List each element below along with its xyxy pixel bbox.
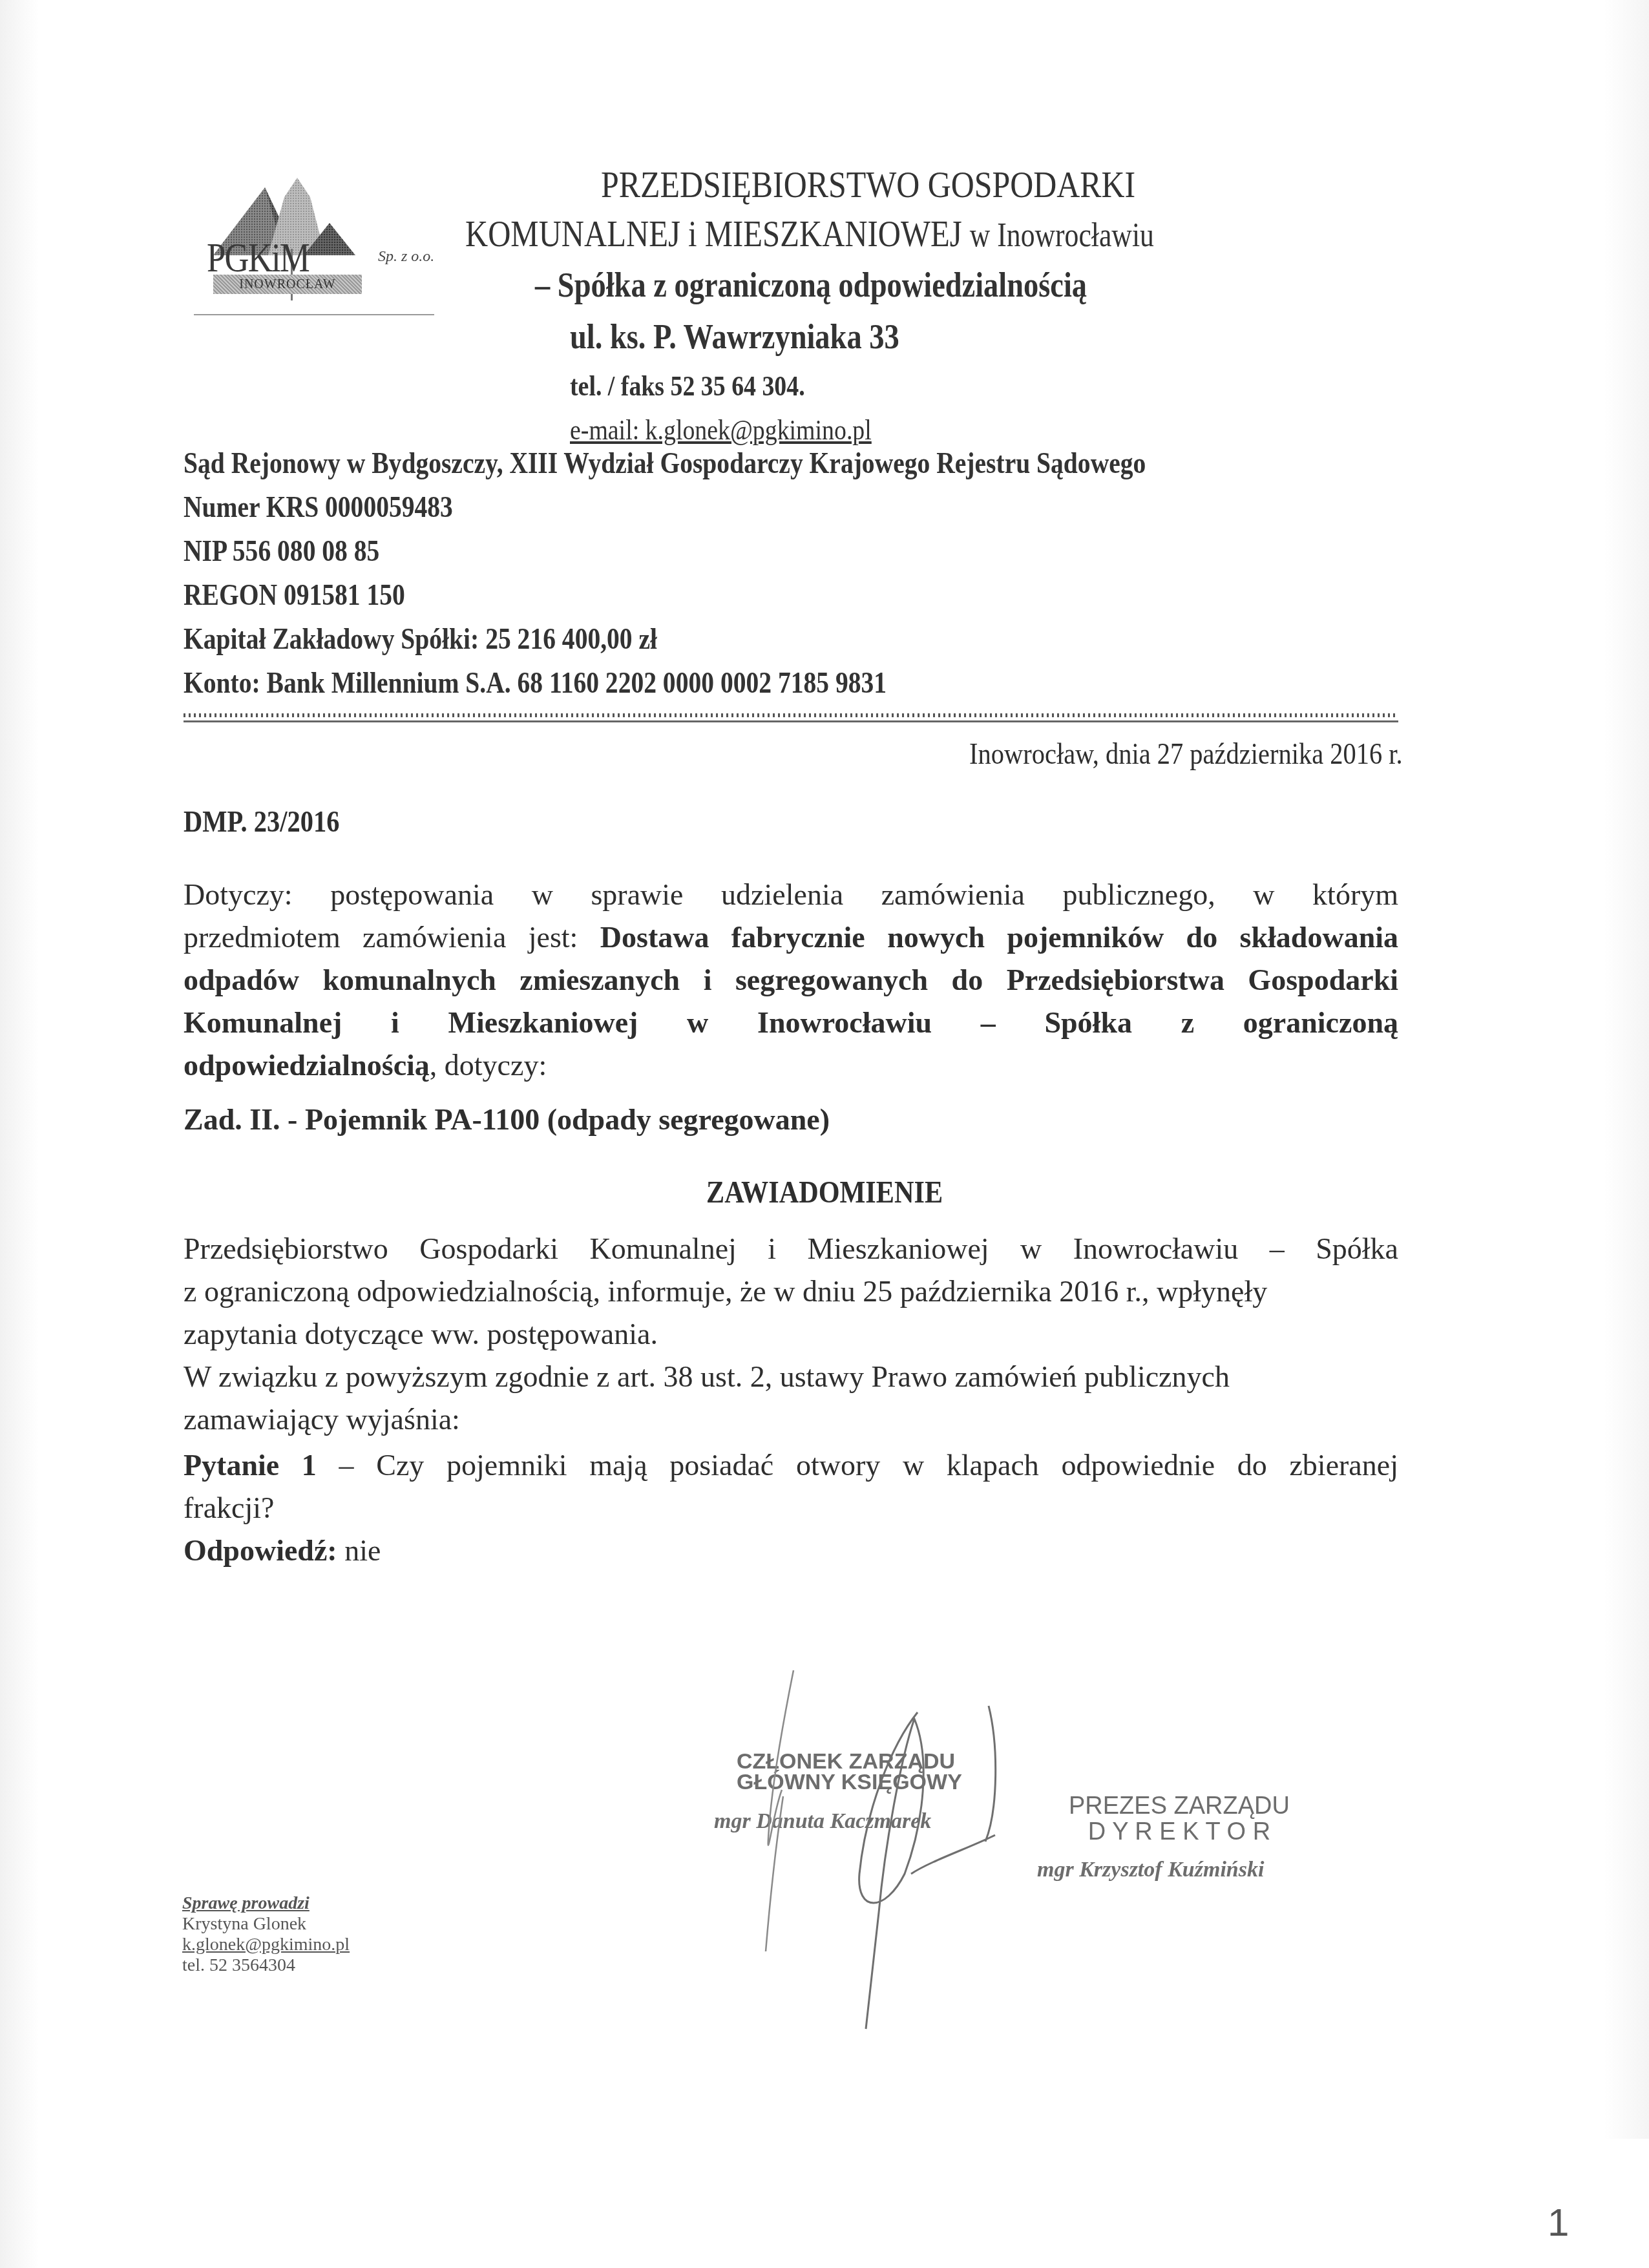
case-handler-email-link[interactable]: k.glonek@pgkimino.pl bbox=[182, 1935, 350, 1955]
handwritten-page-number: 1 bbox=[1548, 2200, 1569, 2245]
case-handler-phone: tel. 52 3564304 bbox=[182, 1955, 350, 1976]
case-handler-title: Sprawę prowadzi bbox=[182, 1893, 350, 1914]
case-handler: Sprawę prowadzi Krystyna Glonek k.glonek… bbox=[182, 1893, 350, 1976]
case-handler-name: Krystyna Glonek bbox=[182, 1914, 350, 1935]
